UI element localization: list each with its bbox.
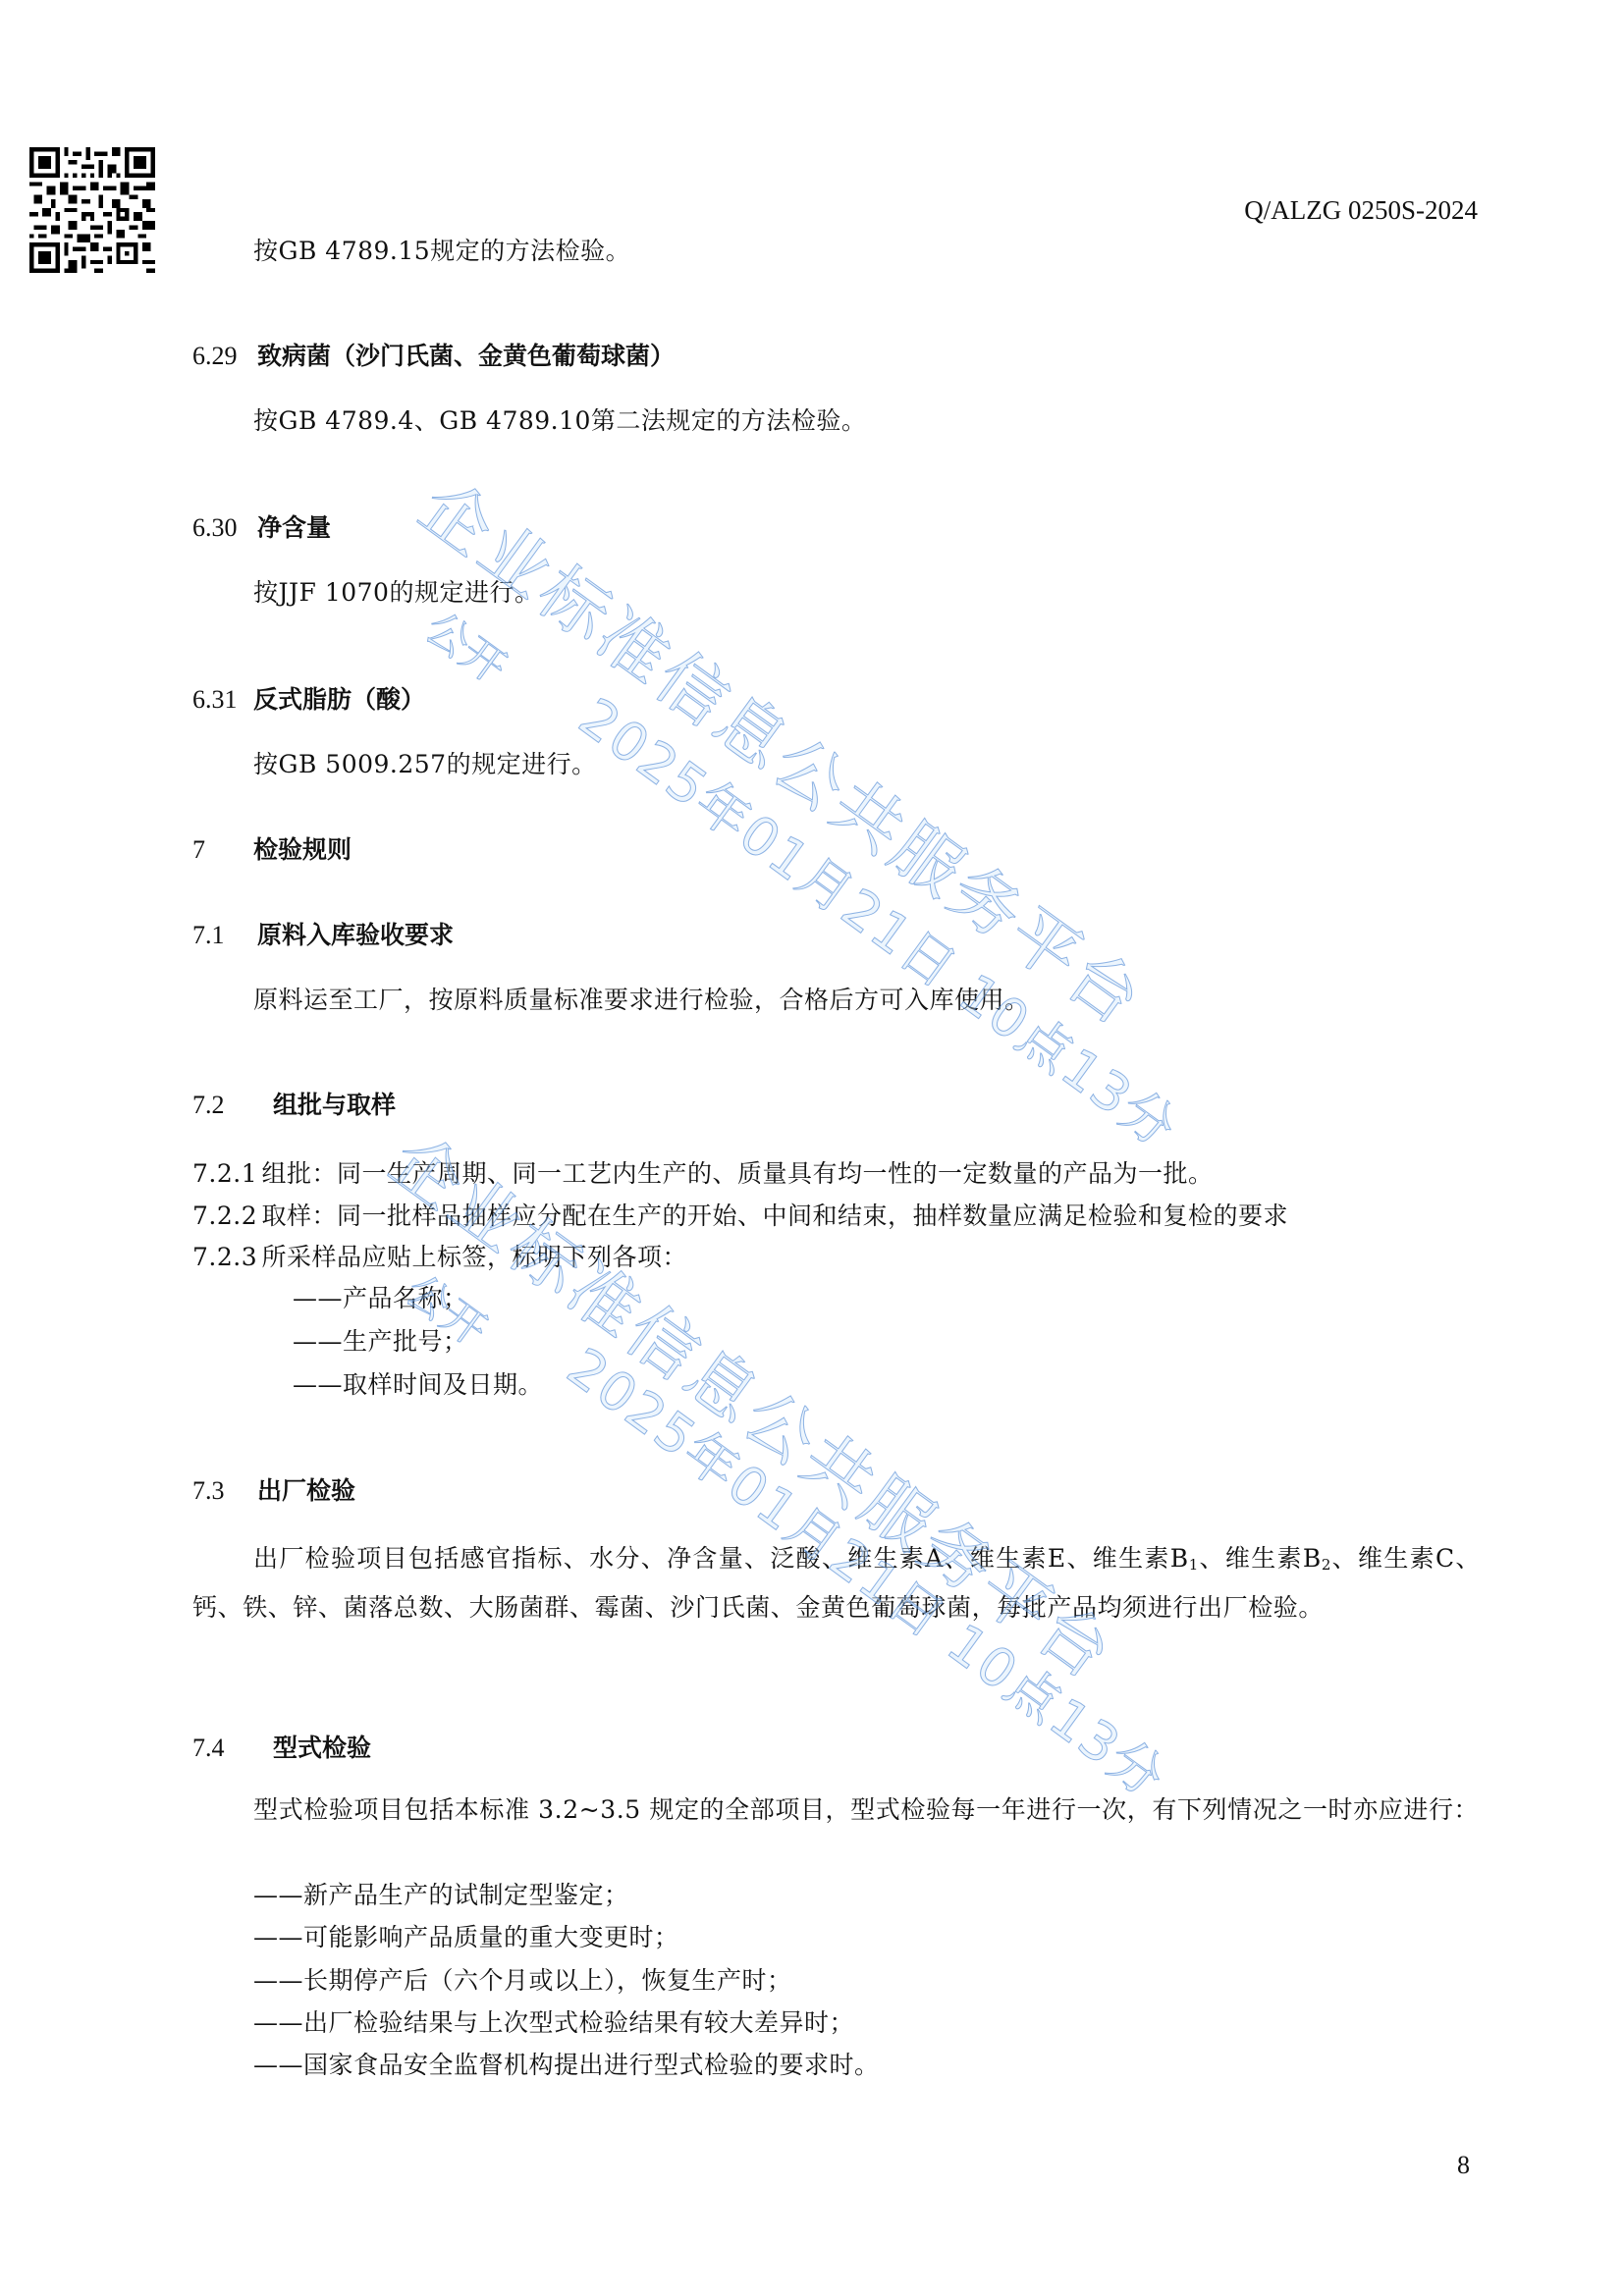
list-item: ——可能影响产品质量的重大变更时； bbox=[253, 1925, 679, 1949]
section-title: 净含量 bbox=[257, 513, 331, 542]
section-title: 型式检验 bbox=[273, 1734, 371, 1762]
section-number: 7.2 bbox=[192, 1093, 273, 1118]
qr-code-icon bbox=[29, 147, 155, 273]
clause-number: 7.2.1 bbox=[192, 1161, 253, 1186]
section-number: 7.4 bbox=[192, 1735, 273, 1761]
body-text: 按JJF 1070的规定进行。 bbox=[253, 580, 539, 605]
list-item: ——新产品生产的试制定型鉴定； bbox=[253, 1883, 629, 1907]
body-text: 按GB 4789.15规定的方法检验。 bbox=[253, 239, 630, 263]
section-heading-7-1: 7.1原料入库验收要求 bbox=[192, 923, 454, 948]
list-item: ——国家食品安全监督机构提出进行型式检验的要求时。 bbox=[253, 2053, 880, 2077]
section-number: 6.30 bbox=[192, 515, 257, 541]
section-heading-7-2: 7.2组批与取样 bbox=[192, 1093, 396, 1118]
paragraph-text: 出厂检验项目包括感官指标、水分、净含量、泛酸、维生素A、维生素E、维生素B bbox=[253, 1544, 1189, 1573]
section-title: 组批与取样 bbox=[273, 1091, 396, 1119]
section-number: 6.29 bbox=[192, 344, 257, 369]
list-item: ——取样时间及日期。 bbox=[293, 1372, 543, 1397]
body-text: 原料运至工厂，按原料质量标准要求进行检验，合格后方可入库使用。 bbox=[253, 988, 1030, 1012]
body-text: 按GB 4789.4、GB 4789.10第二法规定的方法检验。 bbox=[253, 408, 866, 433]
section-heading-7: 7检验规则 bbox=[192, 837, 352, 863]
section-heading-6-29: 6.29致病菌（沙门氏菌、金黄色葡萄球菌） bbox=[192, 344, 675, 369]
section-number: 7.1 bbox=[192, 923, 257, 948]
clause-text: 取样：同一批样品抽样应分配在生产的开始、中间和结束，抽样数量应满足检验和复检的要… bbox=[261, 1201, 1288, 1230]
clause-7-2-2: 7.2.2 取样：同一批样品抽样应分配在生产的开始、中间和结束，抽样数量应满足检… bbox=[192, 1203, 1288, 1228]
watermark-public: 公开 bbox=[414, 594, 521, 696]
paragraph-factory-inspection: 出厂检验项目包括感官指标、水分、净含量、泛酸、维生素A、维生素E、维生素B1、维… bbox=[192, 1537, 1481, 1629]
clause-number: 7.2.3 bbox=[192, 1245, 253, 1269]
clause-7-2-3: 7.2.3 所采样品应贴上标签，标明下列各项： bbox=[192, 1245, 687, 1269]
list-item: ——产品名称； bbox=[293, 1286, 468, 1310]
section-title: 致病菌（沙门氏菌、金黄色葡萄球菌） bbox=[257, 342, 675, 370]
paragraph-text: 、维生素B bbox=[1199, 1544, 1322, 1573]
watermark-date: 2025年01月21日 10点13分 bbox=[567, 677, 1195, 1163]
section-number: 7.3 bbox=[192, 1478, 257, 1504]
section-number: 7 bbox=[192, 837, 253, 863]
section-number: 6.31 bbox=[192, 687, 253, 713]
document-code: Q/ALZG 0250S-2024 bbox=[1244, 195, 1478, 226]
section-heading-6-30: 6.30净含量 bbox=[192, 515, 331, 541]
section-title: 原料入库验收要求 bbox=[257, 921, 454, 949]
clause-number: 7.2.2 bbox=[192, 1203, 253, 1228]
page-number: 8 bbox=[1457, 2151, 1470, 2180]
list-item: ——出厂检验结果与上次型式检验结果有较大差异时； bbox=[253, 2010, 854, 2035]
section-title: 出厂检验 bbox=[257, 1476, 355, 1505]
clause-text: 组批：同一生产周期、同一工艺内生产的、质量具有均一性的一定数量的产品为一批。 bbox=[261, 1159, 1213, 1188]
section-title: 检验规则 bbox=[253, 835, 352, 864]
section-heading-7-3: 7.3出厂检验 bbox=[192, 1478, 355, 1504]
body-text: 按GB 5009.257的规定进行。 bbox=[253, 752, 597, 776]
list-item: ——长期停产后（六个月或以上），恢复生产时； bbox=[253, 1968, 792, 1993]
section-heading-6-31: 6.31反式脂肪（酸） bbox=[192, 687, 425, 713]
list-item: ——生产批号； bbox=[293, 1329, 468, 1354]
section-title: 反式脂肪（酸） bbox=[253, 685, 425, 714]
subscript: 2 bbox=[1322, 1556, 1331, 1574]
subscript: 1 bbox=[1189, 1556, 1199, 1574]
clause-text: 所采样品应贴上标签，标明下列各项： bbox=[261, 1243, 687, 1271]
paragraph-type-inspection: 型式检验项目包括本标准 3.2~3.5 规定的全部项目，型式检验每一年进行一次，… bbox=[192, 1789, 1481, 1831]
section-heading-7-4: 7.4型式检验 bbox=[192, 1735, 371, 1761]
clause-7-2-1: 7.2.1 组批：同一生产周期、同一工艺内生产的、质量具有均一性的一定数量的产品… bbox=[192, 1161, 1213, 1186]
